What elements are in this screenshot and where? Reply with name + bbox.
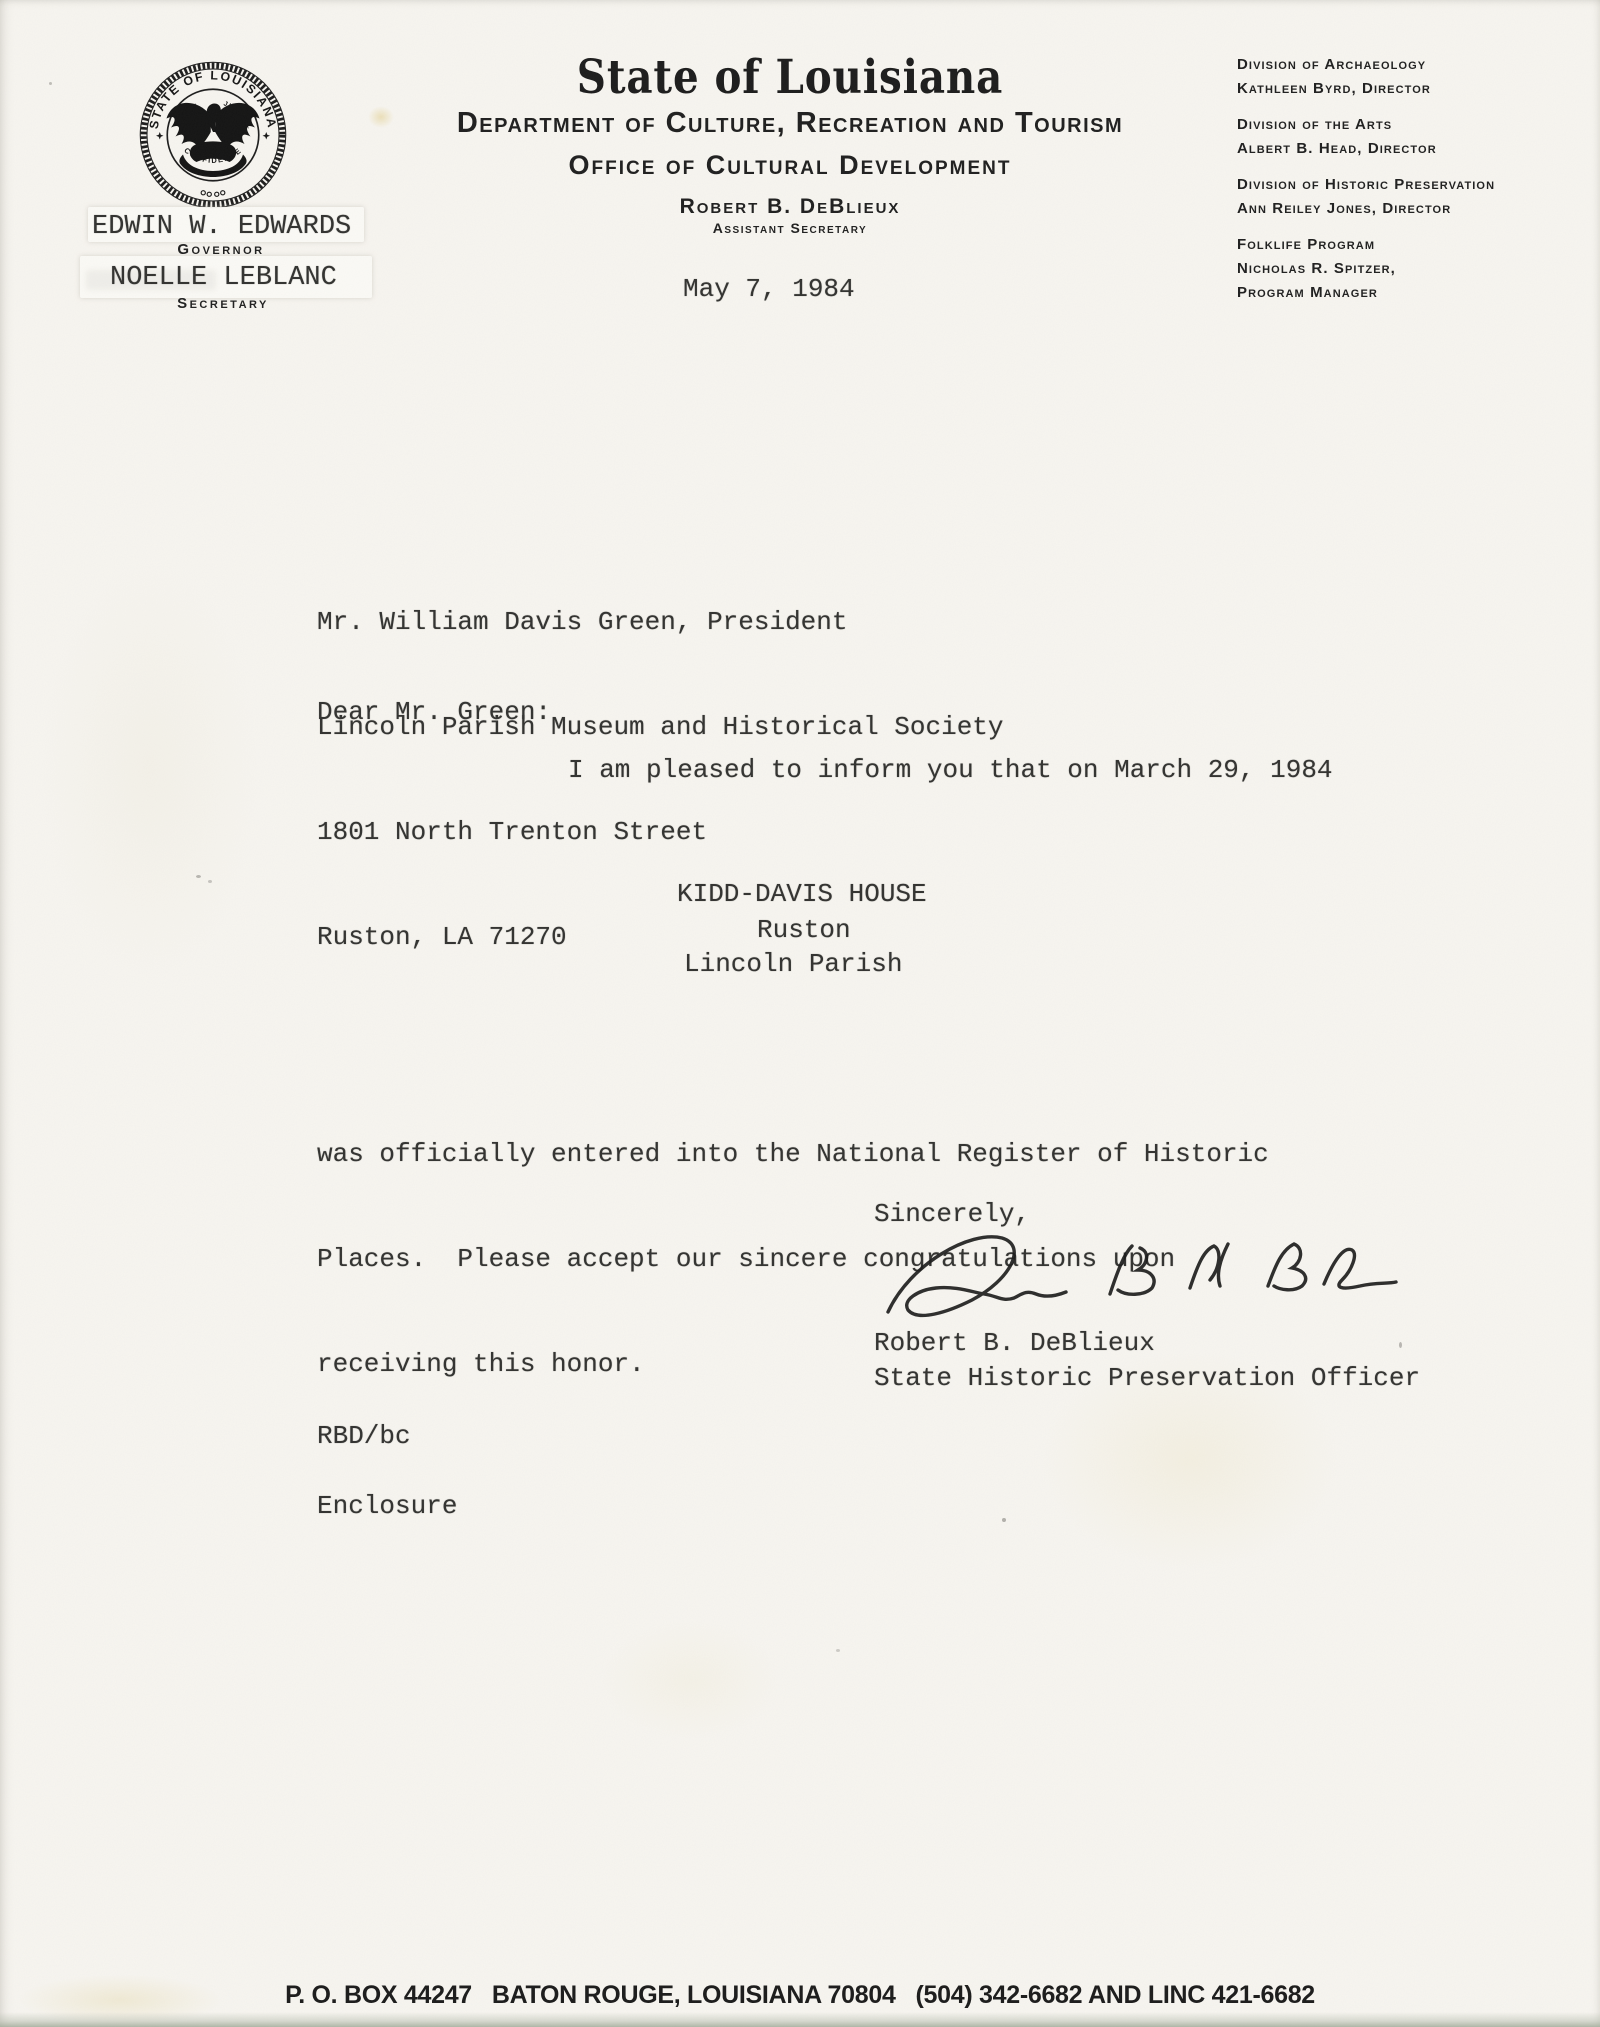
- state-of-louisiana-title: State of Louisiana: [455, 54, 1126, 101]
- division-group: Division of Archaeology Kathleen Byrd, D…: [1237, 53, 1567, 101]
- paper-speck: [836, 1649, 840, 1652]
- property-parish: Lincoln Parish: [684, 947, 902, 982]
- salutation: Dear Mr. Green:: [317, 695, 551, 730]
- division-name: Division of the Arts: [1237, 113, 1567, 137]
- pelican-icon: [167, 103, 260, 177]
- seal-rope-ring: [144, 66, 283, 205]
- division-group: Division of the Arts Albert B. Head, Dir…: [1237, 113, 1567, 161]
- scan-bottom-edge: [0, 2012, 1600, 2027]
- seal-star-left: [156, 132, 164, 140]
- office-title: Office of Cultural Development: [390, 152, 1190, 179]
- reference-initials: RBD/bc: [317, 1419, 411, 1454]
- division-director: Albert B. Head, Director: [1237, 137, 1567, 161]
- secretary-title: Secretary: [92, 296, 354, 311]
- signer-name: Robert B. DeBlieux: [874, 1326, 1155, 1361]
- letter-date: May 7, 1984: [683, 272, 855, 307]
- paper-speck: [196, 875, 201, 878]
- assistant-secretary-name: Robert B. DeBlieux: [390, 196, 1190, 217]
- secretary-name: NOELLE LEBLANC: [110, 263, 337, 293]
- division-director: Nicholas R. Spitzer,: [1237, 257, 1567, 281]
- recipient-line: 1801 North Trenton Street: [317, 815, 1004, 850]
- paper-speck: [1002, 1518, 1006, 1522]
- governor-name: EDWIN W. EDWARDS: [92, 212, 351, 242]
- footer-address-line: P. O. BOX 44247 BATON ROUGE, LOUISIANA 7…: [0, 1981, 1600, 2010]
- property-name: KIDD-DAVIS HOUSE: [677, 877, 927, 912]
- paper-stain: [600, 1620, 780, 1740]
- handwritten-signature: [860, 1224, 1400, 1334]
- assistant-secretary-title: Assistant Secretary: [390, 221, 1190, 235]
- louisiana-state-seal: STATE OF LOUISIANA UNION JUSTICE CONFIDE…: [138, 60, 288, 210]
- department-title: Department of Culture, Recreation and To…: [390, 109, 1190, 138]
- scanned-letter-page: STATE OF LOUISIANA UNION JUSTICE CONFIDE…: [0, 0, 1600, 2027]
- division-director: Ann Reiley Jones, Director: [1237, 197, 1567, 221]
- paper-speck: [1399, 1342, 1402, 1348]
- division-name: Division of Historic Preservation: [1237, 173, 1567, 197]
- seal-star-right: [263, 132, 271, 140]
- seal-bottom-ornaments: [201, 191, 225, 197]
- division-group: Division of Historic Preservation Ann Re…: [1237, 173, 1567, 221]
- division-group: Folklife Program Nicholas R. Spitzer, Pr…: [1237, 233, 1567, 305]
- property-city: Ruston: [757, 913, 851, 948]
- division-name: Division of Archaeology: [1237, 53, 1567, 77]
- signer-title: State Historic Preservation Officer: [874, 1361, 1420, 1396]
- divisions-list: Division of Archaeology Kathleen Byrd, D…: [1237, 53, 1567, 317]
- enclosure-note: Enclosure: [317, 1489, 457, 1524]
- division-director: Kathleen Byrd, Director: [1237, 77, 1567, 101]
- paper-speck: [208, 880, 212, 883]
- division-director-line2: Program Manager: [1237, 281, 1567, 305]
- body-line: was officially entered into the National…: [317, 1137, 1269, 1172]
- governor-title: Governor: [90, 242, 352, 257]
- paper-stain: [40, 560, 260, 980]
- recipient-line: Mr. William Davis Green, President: [317, 605, 1004, 640]
- division-name: Folklife Program: [1237, 233, 1567, 257]
- intro-sentence: I am pleased to inform you that on March…: [568, 753, 1333, 788]
- paper-speck: [49, 82, 52, 85]
